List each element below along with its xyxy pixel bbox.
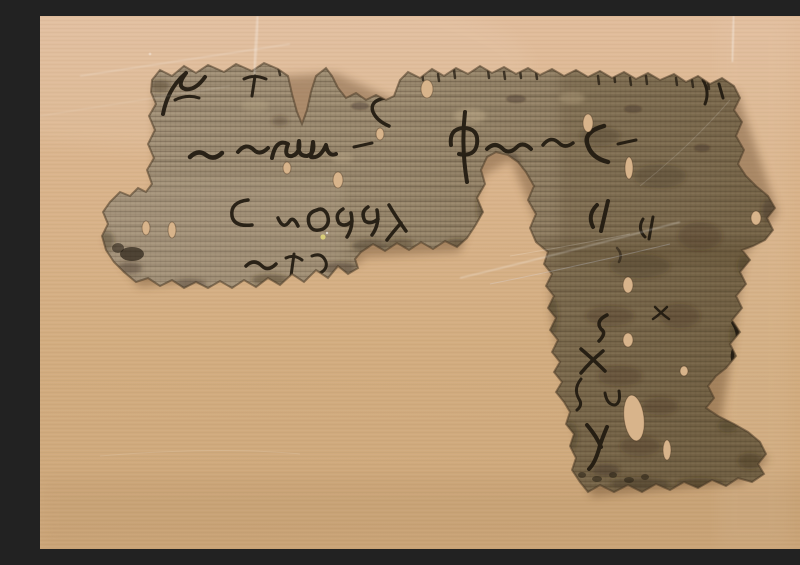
photo-canvas: Irregular papyrus fragment with brownish…	[40, 16, 800, 549]
glare-spot	[149, 53, 152, 56]
glare-spot	[326, 232, 328, 234]
papyrus-photo: Fragment of an ancient papyrus with fade…	[40, 16, 800, 549]
glare-spot	[320, 234, 325, 239]
